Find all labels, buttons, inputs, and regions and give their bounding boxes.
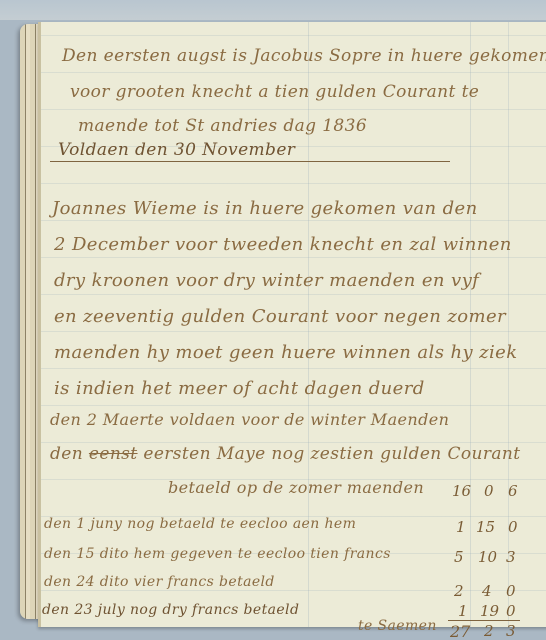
total-amount-2: 2 (484, 622, 494, 640)
payment-1-text: den 1 juny nog betaeld te eecloo aen hem (44, 516, 356, 532)
entry2-may-line: den eenst eersten Maye nog zestien gulde… (50, 444, 520, 464)
total-amount-3: 3 (506, 622, 516, 640)
ledger-page: Den eersten augst is Jacobus Sopre in hu… (38, 22, 546, 627)
total-label: te Saemen (358, 618, 437, 634)
payment-1-amount-2: 15 (476, 518, 495, 536)
summer-amount-1: 16 (452, 482, 471, 500)
may-rest: eersten Maye nog zestien gulden Courant (143, 444, 520, 464)
entry1-line-2: voor grooten knecht a tien gulden Couran… (70, 82, 479, 102)
struck-word: eenst (89, 444, 138, 464)
payment-3-amount-2: 4 (482, 582, 492, 600)
entry1-line-1: Den eersten augst is Jacobus Sopre in hu… (62, 46, 546, 66)
entry2-line-6: is indien het meer of acht dagen duerd (54, 378, 425, 399)
entry-divider (50, 161, 450, 162)
entry1-settled: Voldaen den 30 November (58, 140, 295, 160)
payment-1-amount-1: 1 (456, 518, 466, 536)
payment-4-amount-3: 0 (506, 602, 516, 620)
payment-4-amount-1: 1 (458, 602, 468, 620)
entry2-line-2: 2 December voor tweeden knecht en zal wi… (54, 234, 512, 255)
ledger-book: Den eersten augst is Jacobus Sopre in hu… (10, 14, 546, 634)
entry2-line-3: dry kroonen voor dry winter maenden en v… (54, 270, 479, 291)
sum-rule (448, 620, 520, 621)
payment-3-amount-1: 2 (454, 582, 464, 600)
payment-2-text: den 15 dito hem gegeven te eecloo tien f… (44, 546, 391, 562)
entry2-line-7: den 2 Maerte voldaen voor de winter Maen… (50, 410, 449, 429)
payment-2-amount-3: 3 (506, 548, 516, 566)
payment-4-text: den 23 july nog dry francs betaeld (42, 602, 299, 618)
paid-summer-label: betaeld op de zomer maenden (168, 478, 424, 497)
entry2-line-4: en zeeventig gulden Courant voor negen z… (54, 306, 506, 327)
may-prefix: den (50, 444, 83, 464)
summer-amount-2: 0 (484, 482, 494, 500)
payment-2-amount-1: 5 (454, 548, 464, 566)
summer-amount-3: 6 (508, 482, 518, 500)
entry2-line-5: maenden hy moet geen huere winnen als hy… (54, 342, 518, 363)
payment-3-text: den 24 dito vier francs betaeld (44, 574, 275, 590)
payment-2-amount-2: 10 (478, 548, 497, 566)
payment-4-amount-2: 19 (480, 602, 499, 620)
payment-3-amount-3: 0 (506, 582, 516, 600)
entry1-line-3: maende tot St andries dag 1836 (78, 116, 367, 136)
payment-1-amount-3: 0 (508, 518, 518, 536)
entry2-line-1: Joannes Wieme is in huere gekomen van de… (52, 198, 478, 219)
total-amount-1: 27 (450, 622, 470, 640)
